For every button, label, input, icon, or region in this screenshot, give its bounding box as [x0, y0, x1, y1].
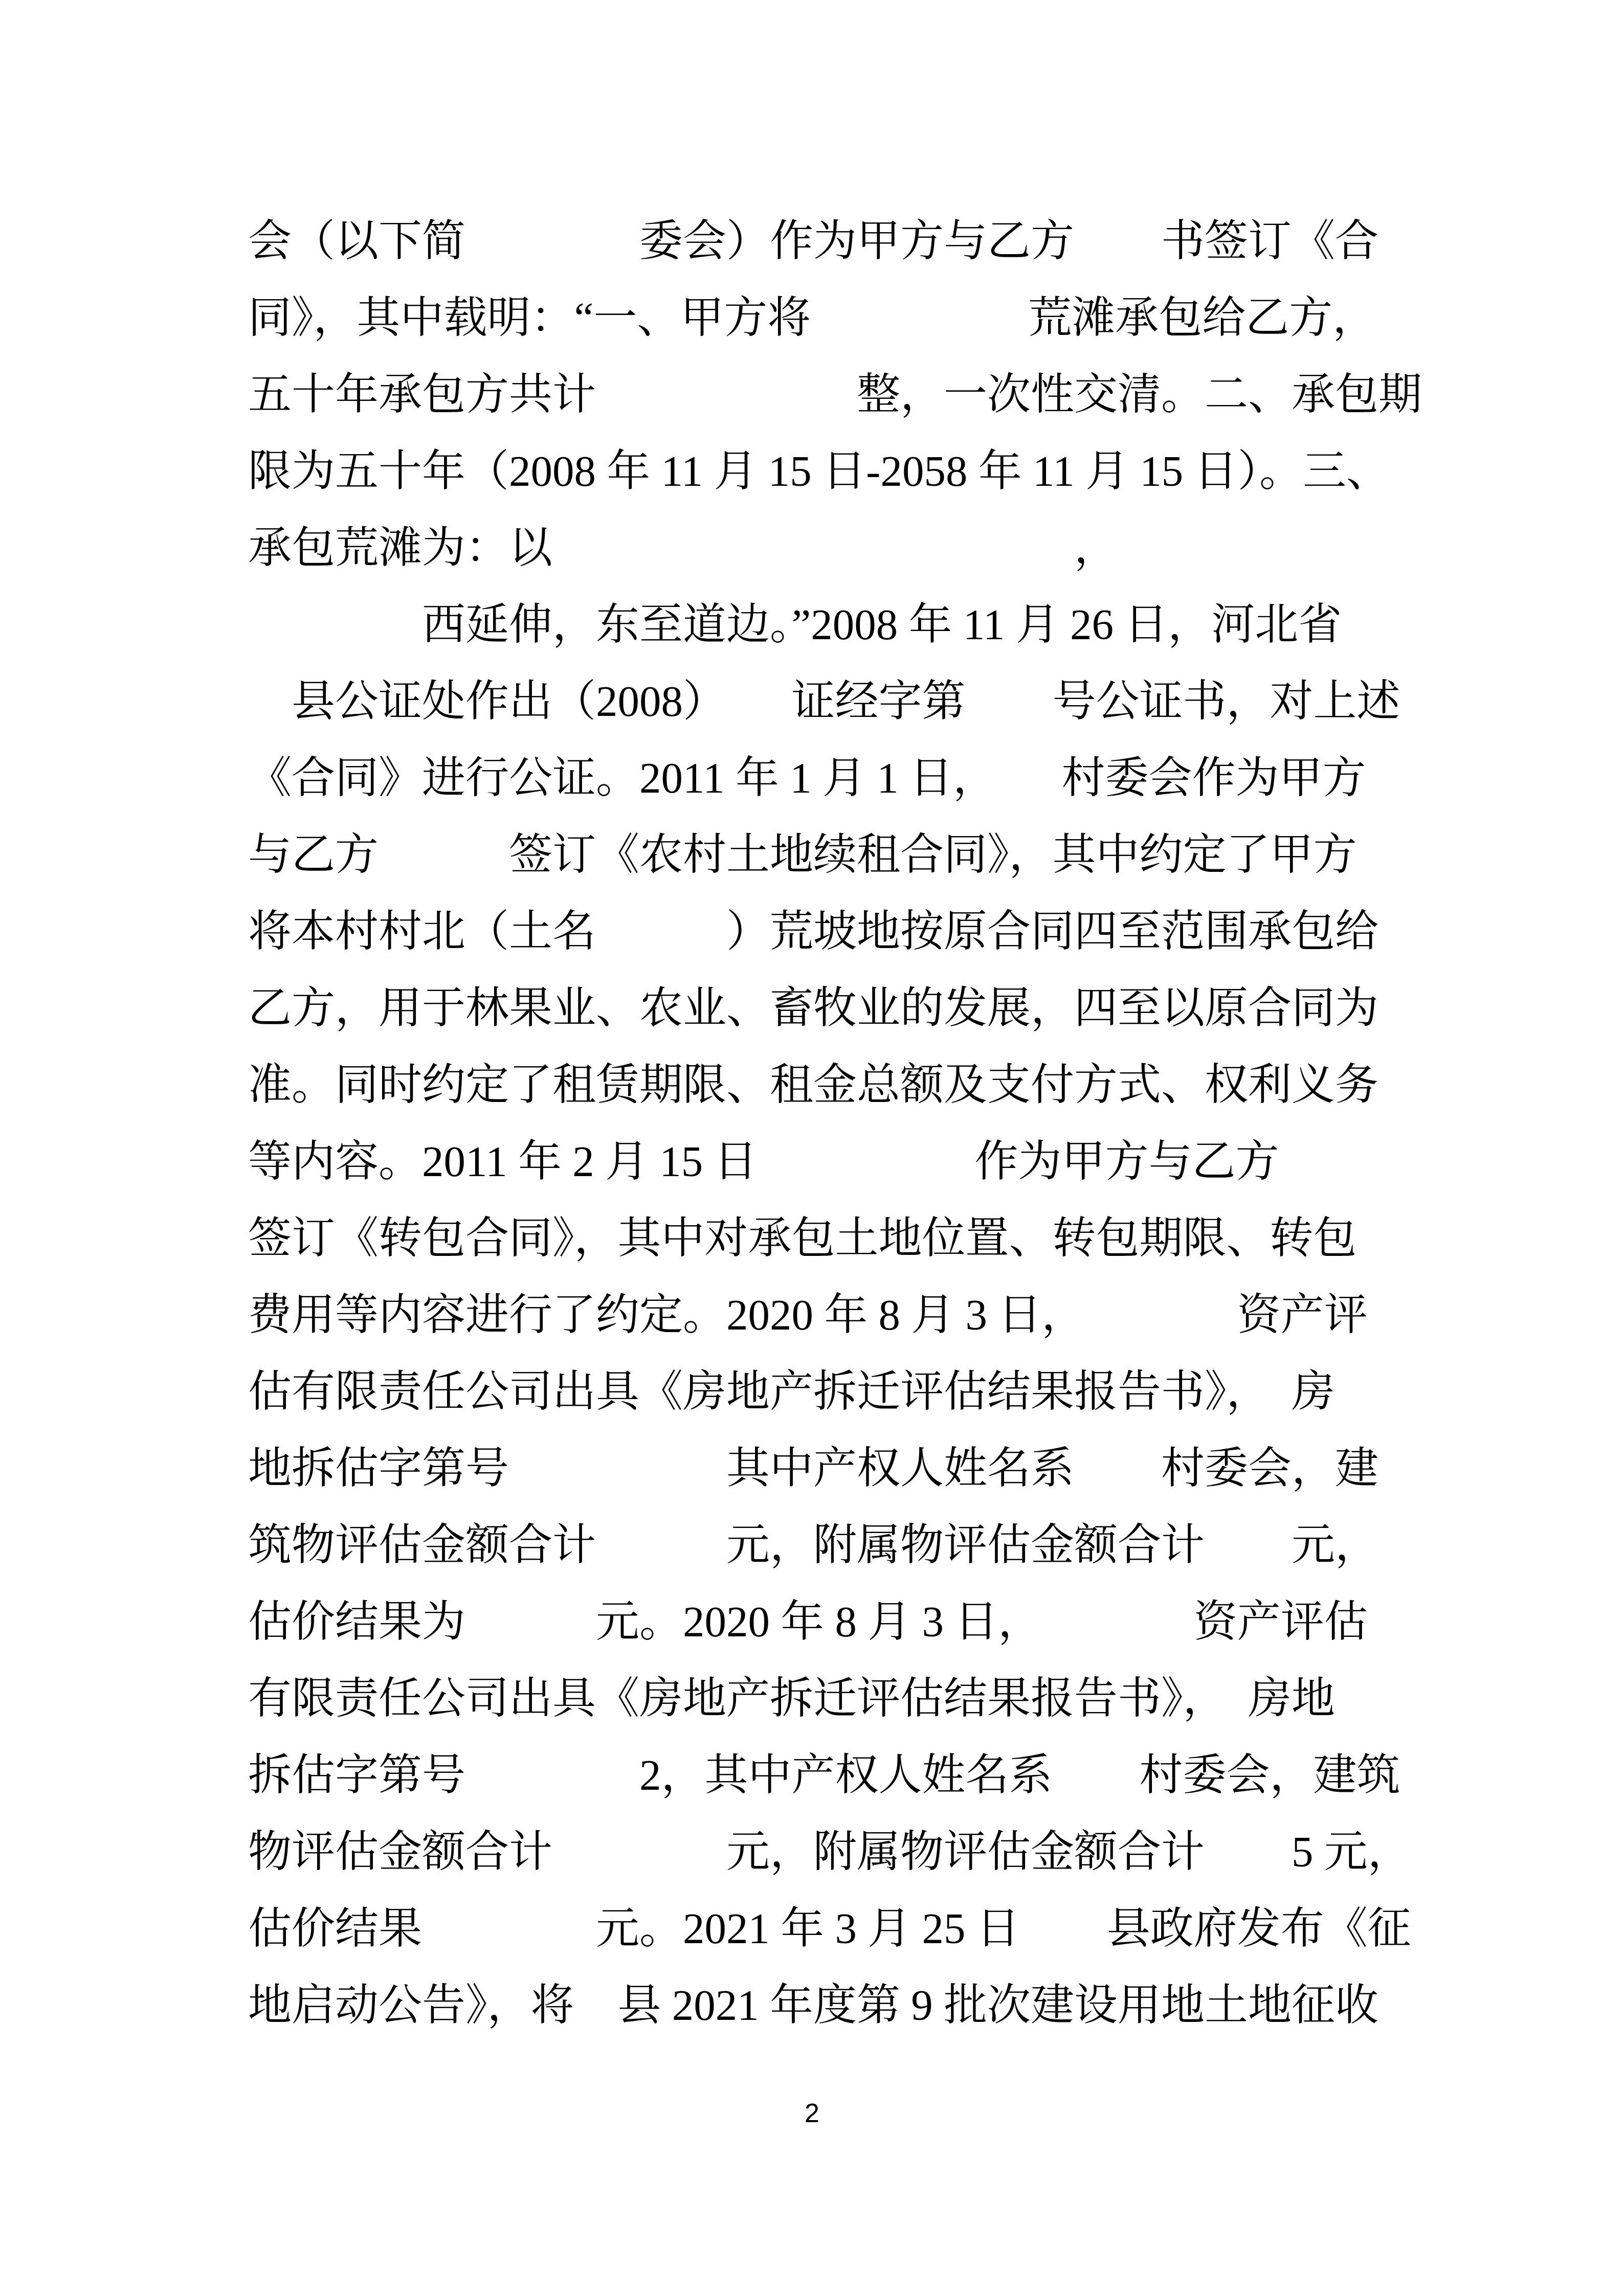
document-body-text: 会（以下简 委会）作为甲方与乙方 书签订《合 同》，其中载明：“一、甲方将 荒滩… [248, 203, 1404, 2044]
text-line-18: 筑物评估金额合计 元，附属物评估金额合计 元， [248, 1507, 1404, 1584]
text-line-9: 与乙方 签订《农村土地续租合同》，其中约定了甲方 [248, 817, 1404, 893]
text-line-6: 西延伸，东至道边。”2008 年 11 月 26 日，河北省 [248, 587, 1404, 663]
text-line-11: 乙方，用于林果业、农业、畜牧业的发展，四至以原合同为 [248, 970, 1404, 1047]
text-line-17: 地拆估字第号 其中产权人姓名系 村委会，建 [248, 1430, 1404, 1507]
text-line-15: 费用等内容进行了约定。2020 年 8 月 3 日， 资产评 [248, 1277, 1404, 1354]
text-line-8: 《合同》进行公证。2011 年 1 月 1 日， 村委会作为甲方 [248, 740, 1404, 817]
text-line-12: 准。同时约定了租赁期限、租金总额及支付方式、权利义务 [248, 1047, 1404, 1123]
document-page: 会（以下简 委会）作为甲方与乙方 书签订《合 同》，其中载明：“一、甲方将 荒滩… [0, 0, 1624, 2296]
text-line-5: 承包荒滩为：以 ， [248, 510, 1404, 587]
text-line-19: 估价结果为 元。2020 年 8 月 3 日， 资产评估 [248, 1584, 1404, 1660]
text-line-20: 有限责任公司出具《房地产拆迁评估结果报告书》， 房地 [248, 1660, 1404, 1737]
text-line-21: 拆估字第号 2，其中产权人姓名系 村委会，建筑 [248, 1737, 1404, 1814]
text-line-24: 地启动公告》，将 县 2021 年度第 9 批次建设用地土地征收 [248, 1967, 1404, 2044]
text-line-1: 会（以下简 委会）作为甲方与乙方 书签订《合 [248, 203, 1404, 280]
text-line-22: 物评估金额合计 元，附属物评估金额合计 5 元， [248, 1814, 1404, 1890]
text-line-16: 估有限责任公司出具《房地产拆迁评估结果报告书》， 房 [248, 1354, 1404, 1430]
text-line-10: 将本村村北（土名 ）荒坡地按原合同四至范围承包给 [248, 893, 1404, 970]
text-line-4: 限为五十年（2008 年 11 月 15 日-2058 年 11 月 15 日）… [248, 433, 1404, 510]
text-line-14: 签订《转包合同》，其中对承包土地位置、转包期限、转包 [248, 1200, 1404, 1277]
text-line-13: 等内容。2011 年 2 月 15 日 作为甲方与乙方 [248, 1123, 1404, 1200]
text-line-2: 同》，其中载明：“一、甲方将 荒滩承包给乙方， [248, 280, 1404, 356]
text-line-7: 县公证处作出（2008） 证经字第 号公证书，对上述 [248, 663, 1404, 740]
page-number: 2 [0, 2099, 1624, 2128]
text-line-3: 五十年承包方共计 整，一次性交清。二、承包期 [248, 356, 1404, 433]
text-line-23: 估价结果 元。2021 年 3 月 25 日 县政府发布《征 [248, 1890, 1404, 1967]
